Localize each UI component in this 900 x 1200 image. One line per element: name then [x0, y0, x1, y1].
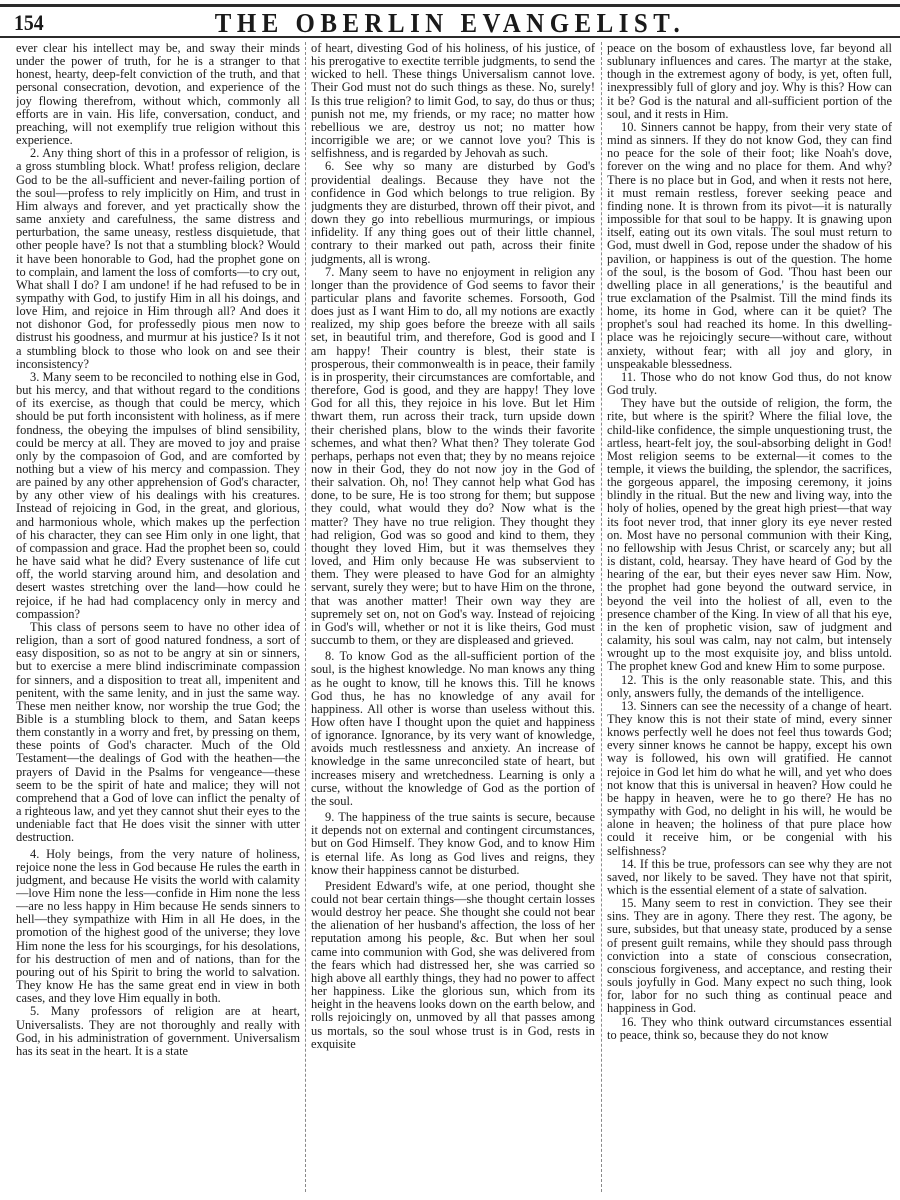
top-border-rule: [0, 4, 900, 7]
paragraph: 11. Those who do not know God thus, do n…: [607, 371, 892, 397]
paragraph: 6. See why so many are disturbed by God'…: [311, 160, 595, 265]
paragraph: 13. Sinners can see the necessity of a c…: [607, 700, 892, 858]
text-column-1: ever clear his intellect may be, and swa…: [16, 42, 300, 1192]
paragraph: 15. Many seem to rest in conviction. The…: [607, 897, 892, 1015]
paragraph: 5. Many professors of religion are at he…: [16, 1005, 300, 1058]
paragraph: ever clear his intellect may be, and swa…: [16, 42, 300, 147]
paragraph: This class of persons seem to have no ot…: [16, 621, 300, 845]
paragraph: 16. They who think outward circumstances…: [607, 1016, 892, 1042]
masthead-title: THE OBERLIN EVANGELIST.: [36, 8, 864, 39]
column-divider: [305, 42, 306, 1192]
text-column-3: peace on the bosom of exhaustless love, …: [607, 42, 892, 1192]
paragraph: peace on the bosom of exhaustless love, …: [607, 42, 892, 121]
column-divider: [601, 42, 602, 1192]
paragraph: President Edward's wife, at one period, …: [311, 880, 595, 1051]
paragraph: 4. Holy beings, from the very nature of …: [16, 848, 300, 1006]
article-body: ever clear his intellect may be, and swa…: [0, 42, 900, 1200]
paragraph: 3. Many seem to be reconciled to nothing…: [16, 371, 300, 621]
paragraph: They have but the outside of religion, t…: [607, 397, 892, 673]
paragraph: of heart, divesting God of his holiness,…: [311, 42, 595, 160]
paragraph: 14. If this be true, professors can see …: [607, 858, 892, 897]
paragraph: 8. To know God as the all-sufficient por…: [311, 650, 595, 808]
paragraph: 10. Sinners cannot be happy, from their …: [607, 121, 892, 371]
paragraph: 7. Many seem to have no enjoyment in rel…: [311, 266, 595, 648]
paragraph: 12. This is the only reasonable state. T…: [607, 674, 892, 700]
page-header: 154 THE OBERLIN EVANGELIST.: [0, 8, 900, 34]
paragraph: 2. Any thing short of this in a professo…: [16, 147, 300, 371]
header-rule: [0, 36, 900, 38]
text-column-2: of heart, divesting God of his holiness,…: [311, 42, 595, 1192]
paragraph: 9. The happiness of the true saints is s…: [311, 811, 595, 877]
